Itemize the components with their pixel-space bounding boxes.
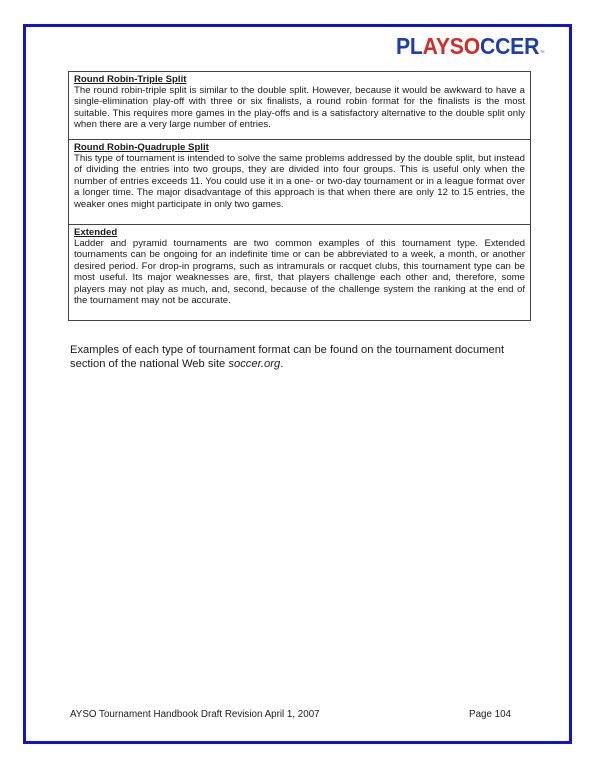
playsoccer-logo: PLAYSOCCER™ bbox=[396, 33, 545, 66]
closing-note-text: Examples of each type of tournament form… bbox=[70, 344, 504, 370]
trademark-symbol: ™ bbox=[540, 50, 544, 56]
footer-document-title: AYSO Tournament Handbook Draft Revision … bbox=[70, 709, 320, 721]
footer-page-number: Page 104 bbox=[469, 709, 511, 721]
format-row-triple-split: Round Robin-Triple Split The round robin… bbox=[69, 72, 530, 140]
tournament-format-table: Round Robin-Triple Split The round robin… bbox=[68, 71, 531, 321]
format-description: The round robin-triple split is similar … bbox=[74, 85, 525, 131]
format-title: Round Robin-Quadruple Split bbox=[74, 142, 525, 153]
closing-note: Examples of each type of tournament form… bbox=[70, 344, 540, 371]
format-row-extended: Extended Ladder and pyramid tournaments … bbox=[69, 225, 530, 320]
format-title: Round Robin-Triple Split bbox=[74, 74, 525, 85]
format-row-quadruple-split: Round Robin-Quadruple Split This type of… bbox=[69, 140, 530, 225]
closing-note-end: . bbox=[280, 358, 283, 370]
format-description: This type of tournament is intended to s… bbox=[74, 153, 525, 210]
format-title: Extended bbox=[74, 227, 525, 238]
logo-part-ccer: CCER bbox=[480, 33, 539, 59]
logo-part-pl: PL bbox=[396, 33, 423, 59]
logo-part-ayso: AYSO bbox=[423, 33, 480, 59]
format-description: Ladder and pyramid tournaments are two c… bbox=[74, 238, 525, 306]
website-reference: soccer.org bbox=[228, 358, 280, 370]
